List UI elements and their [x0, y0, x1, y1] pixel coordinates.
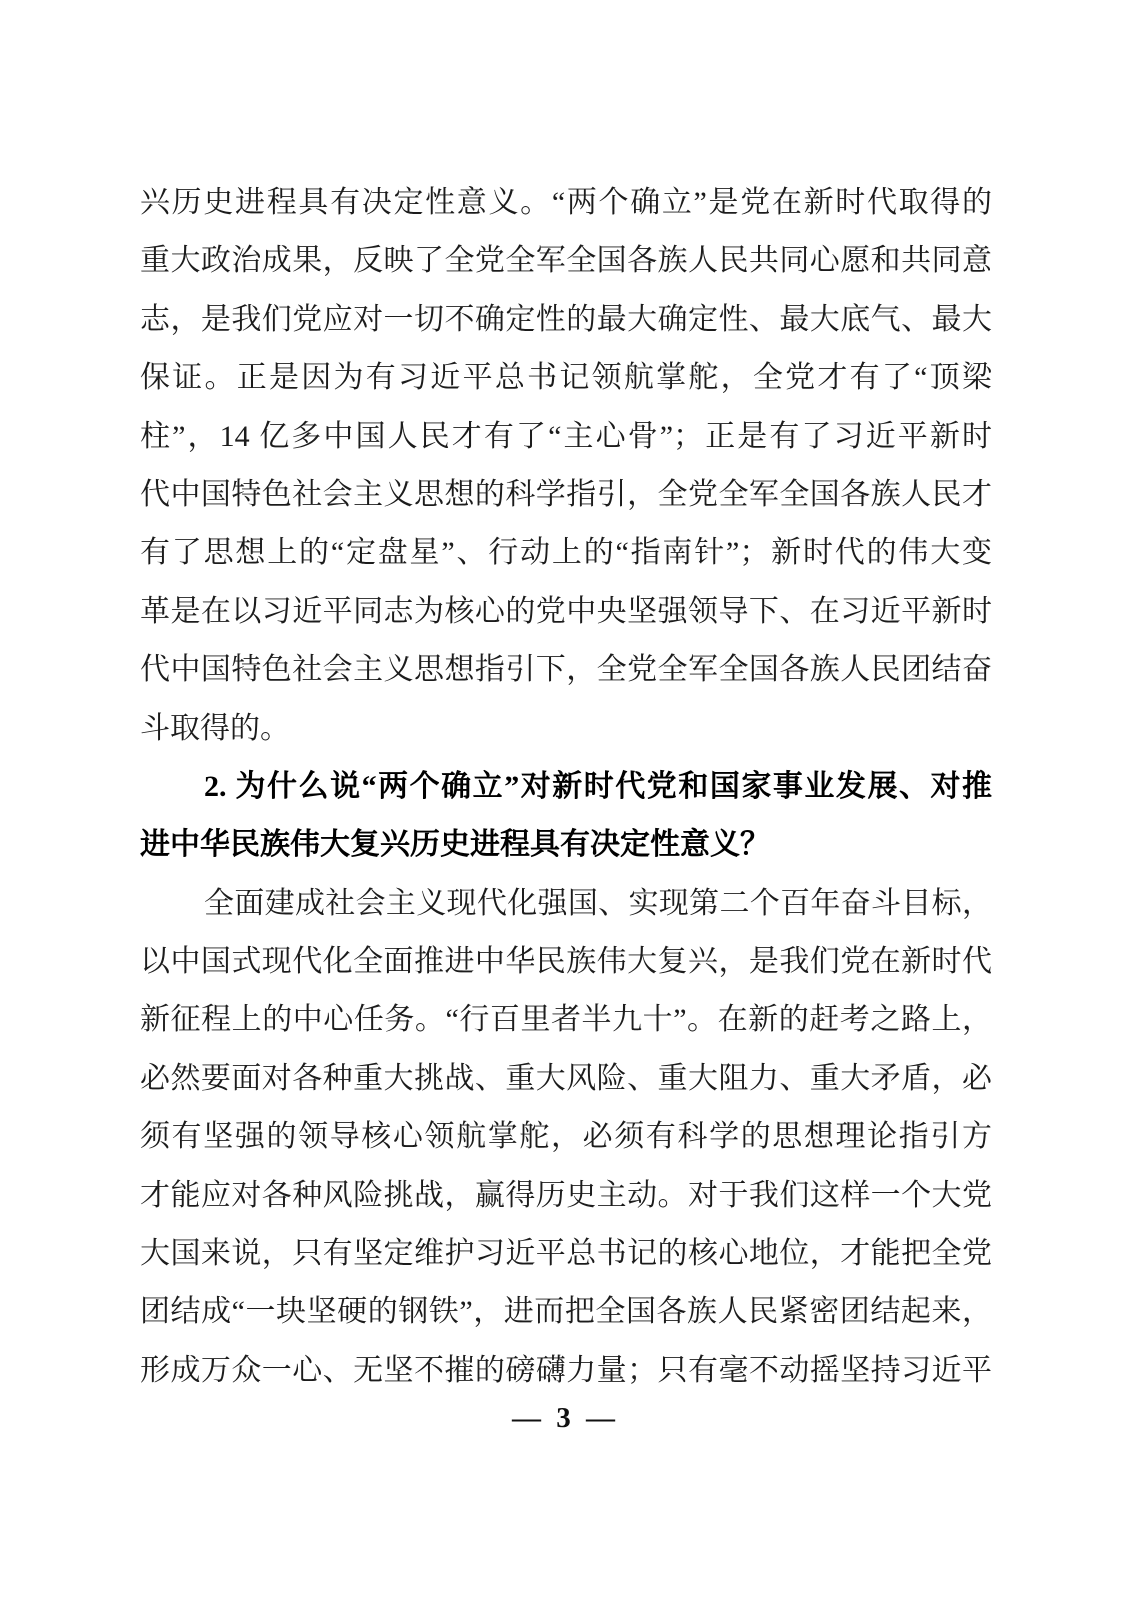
paragraph-continuation: 兴历史进程具有决定性意义。“两个确立”是党在新时代取得的 重大政治成果，反映了全… — [140, 174, 992, 758]
heading-line: 进中华民族伟大复兴历史进程具有决定性意义？ — [140, 816, 992, 874]
text-line: 新征程上的中心任务。“行百里者半九十”。在新的赶考之路上， — [140, 991, 992, 1049]
text-line: 必然要面对各种重大挑战、重大风险、重大阻力、重大矛盾，必 — [140, 1050, 992, 1108]
text-line: 斗取得的。 — [140, 700, 992, 758]
text-line: 柱”，14 亿多中国人民才有了“主心骨”；正是有了习近平新时 — [140, 408, 992, 466]
paragraph-body: 全面建成社会主义现代化强国、实现第二个百年奋斗目标， 以中国式现代化全面推进中华… — [140, 875, 992, 1401]
text-line: 须有坚强的领导核心领航掌舵，必须有科学的思想理论指引方向， — [140, 1108, 992, 1166]
text-block: 兴历史进程具有决定性意义。“两个确立”是党在新时代取得的 重大政治成果，反映了全… — [140, 174, 992, 1400]
text-line: 保证。正是因为有习近平总书记领航掌舵，全党才有了“顶梁 — [140, 349, 992, 407]
text-line: 代中国特色社会主义思想指引下，全党全军全国各族人民团结奋 — [140, 641, 992, 699]
page-number: — 3 — — [0, 1402, 1131, 1435]
text-line: 才能应对各种风险挑战，赢得历史主动。对于我们这样一个大党 — [140, 1167, 992, 1225]
text-line: 形成万众一心、无坚不摧的磅礴力量；只有毫不动摇坚持习近平 — [140, 1342, 992, 1400]
text-line: 以中国式现代化全面推进中华民族伟大复兴，是我们党在新时代 — [140, 933, 992, 991]
text-line: 有了思想上的“定盘星”、行动上的“指南针”；新时代的伟大变 — [140, 524, 992, 582]
text-line: 大国来说，只有坚定维护习近平总书记的核心地位，才能把全党 — [140, 1225, 992, 1283]
document-page: 兴历史进程具有决定性意义。“两个确立”是党在新时代取得的 重大政治成果，反映了全… — [0, 0, 1131, 1600]
text-line: 志，是我们党应对一切不确定性的最大确定性、最大底气、最大 — [140, 291, 992, 349]
text-line: 全面建成社会主义现代化强国、实现第二个百年奋斗目标， — [140, 875, 992, 933]
section-heading: 2. 为什么说“两个确立”对新时代党和国家事业发展、对推 进中华民族伟大复兴历史… — [140, 758, 992, 875]
text-line: 代中国特色社会主义思想的科学指引，全党全军全国各族人民才 — [140, 466, 992, 524]
text-line: 革是在以习近平同志为核心的党中央坚强领导下、在习近平新时 — [140, 583, 992, 641]
text-line: 团结成“一块坚硬的钢铁”，进而把全国各族人民紧密团结起来， — [140, 1283, 992, 1341]
text-line: 兴历史进程具有决定性意义。“两个确立”是党在新时代取得的 — [140, 174, 992, 232]
text-line: 重大政治成果，反映了全党全军全国各族人民共同心愿和共同意 — [140, 232, 992, 290]
heading-line: 2. 为什么说“两个确立”对新时代党和国家事业发展、对推 — [140, 758, 992, 816]
